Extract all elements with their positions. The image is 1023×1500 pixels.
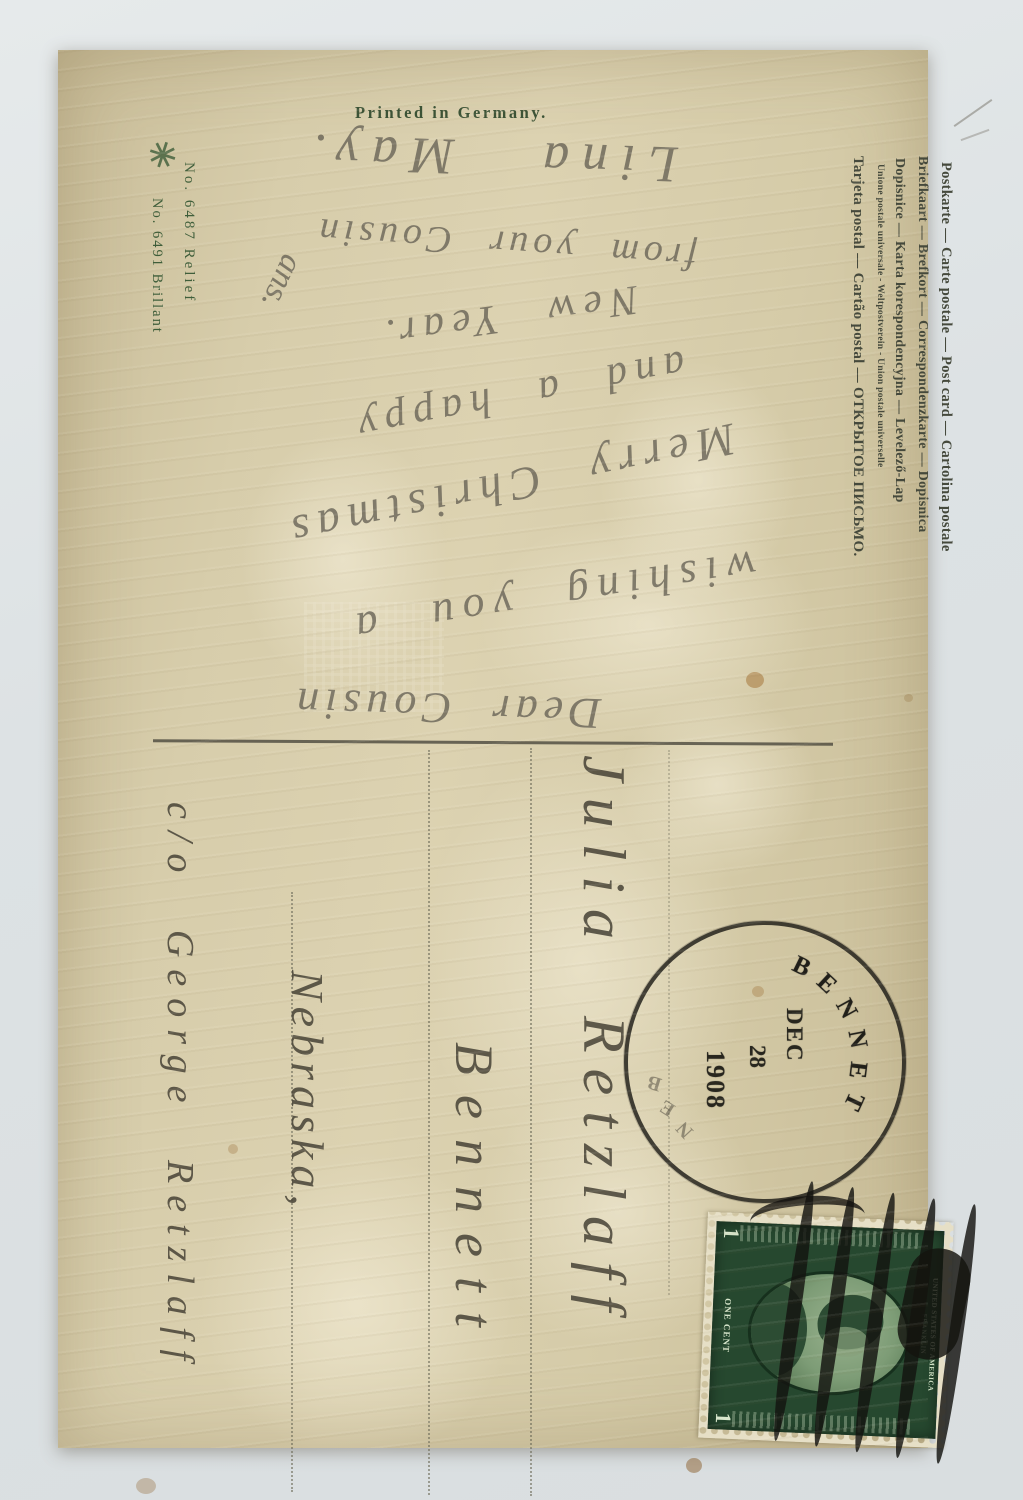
foxing-spot xyxy=(752,986,764,997)
message-signature: Lina May. xyxy=(215,119,762,197)
printed-in-germany-label: Printed in Germany. xyxy=(355,103,615,123)
address-recipient-name: Julia Retzlaff xyxy=(498,755,638,1455)
postmark-day: 28 xyxy=(744,1045,770,1095)
message-line-from-your-cousin: from your Cousin xyxy=(252,204,759,283)
address-state: Nebraska, xyxy=(246,970,334,1300)
emboss-relief xyxy=(618,690,818,880)
foxing-spot xyxy=(746,672,764,688)
foxing-spot xyxy=(904,694,913,702)
foxing-spot xyxy=(228,1144,238,1154)
stamp-numeral: 1 xyxy=(718,1227,744,1239)
stamp-denomination-band: 1 ONE CENT 1 xyxy=(710,1221,745,1430)
postmark-town-letter: E xyxy=(842,1060,872,1080)
message-margin-note: ans. xyxy=(225,249,310,374)
postmark-month: DEC xyxy=(781,1008,807,1072)
postcard-multilingual-header: Postkarte — Carte postale — Post card — … xyxy=(844,148,958,710)
foxing-spot xyxy=(136,1478,156,1494)
pencil-scribble xyxy=(961,129,990,141)
header-line: Dopisnice — Karta korespondencyjna — Lev… xyxy=(888,148,911,710)
address-town: Bennett xyxy=(410,1042,505,1452)
header-line: Postkarte — Carte postale — Post card — … xyxy=(934,148,958,710)
stamp-numeral: 1 xyxy=(710,1412,736,1424)
header-line: Tarjeta postal — Cartão postal — ОТКРЫТО… xyxy=(844,148,872,710)
address-care-of: c/o George Retzlaff xyxy=(122,802,202,1500)
publisher-number-relief: No. 6487 Relief xyxy=(180,162,197,382)
photo-of-postcard: Printed in Germany. ✳ No. 6487 Relief No… xyxy=(0,0,1023,1500)
publisher-number-brillant: No. 6491 Brillant xyxy=(148,198,165,388)
header-line: Briefkaart — Brefkort — Correspondenzkar… xyxy=(911,148,934,710)
postmark-year: 1908 xyxy=(700,1050,730,1152)
stamp-denomination: ONE CENT xyxy=(721,1298,733,1353)
publisher-trademark-icon: ✳ xyxy=(143,133,182,180)
postcard: Printed in Germany. ✳ No. 6487 Relief No… xyxy=(58,50,928,1448)
pencil-scribble xyxy=(954,99,993,127)
foxing-spot xyxy=(686,1458,702,1473)
header-line: Unione postale universale - Weltpostvere… xyxy=(872,148,888,710)
message-line-dear-cousin: Dear Cousin xyxy=(300,678,602,739)
